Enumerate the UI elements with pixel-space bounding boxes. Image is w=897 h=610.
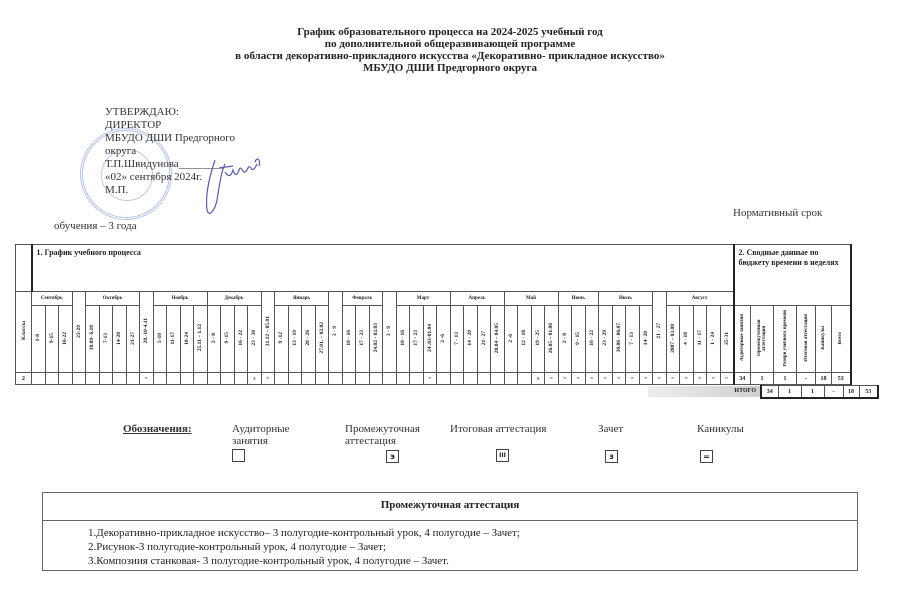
month-header: Ноябрь — [153, 292, 207, 306]
week-label: 30.09- 6.10 — [89, 325, 95, 350]
week-cell — [194, 373, 208, 385]
summary-header-label: Итоговая аттестация — [804, 314, 809, 362]
week-label: 30.06 - 06.07 — [616, 323, 622, 352]
week-header: 16 - 22 — [234, 306, 248, 373]
week-cell: = — [666, 373, 680, 385]
total-label: ИТОГО — [648, 386, 760, 397]
week-label: 25.11 – 1.12 — [197, 324, 203, 351]
week-label: 4 - 10 — [683, 332, 689, 345]
week-cell — [126, 373, 140, 385]
week-label: 19 - 25 — [535, 330, 541, 346]
week-cell: = — [599, 373, 613, 385]
week-cell — [491, 373, 505, 385]
normative-label: Нормативный срок — [733, 207, 822, 219]
week-label: 5-10 — [157, 333, 163, 343]
week-label: 24 .03-01.04 — [427, 324, 433, 352]
attestation-title: Промежуточная аттестация — [43, 493, 857, 521]
week-header: 21- 27 — [477, 306, 491, 373]
week-header: 1-8 — [32, 306, 46, 373]
summary-header-label: Аудиторные занятия — [740, 314, 745, 361]
summary-header: Каникулы — [816, 306, 832, 373]
week-label: 16-22 — [62, 332, 68, 345]
week-label: 7 - 13 — [629, 332, 635, 345]
week-label: 11-17 — [170, 332, 176, 345]
summary-cell: 53 — [832, 373, 851, 385]
week-cell — [410, 373, 424, 385]
week-cell: = — [720, 373, 734, 385]
week-label: 20 - 26 — [305, 330, 311, 346]
summary-header: Итоговая аттестация — [797, 306, 816, 373]
week-cell: = — [626, 373, 640, 385]
week-cell — [315, 373, 329, 385]
month-header: Декабрь — [207, 292, 261, 306]
total-row: 3411-1853 — [761, 386, 878, 399]
week-cell — [180, 373, 194, 385]
month-header: Июнь — [558, 292, 599, 306]
week-label: 18-24 — [184, 332, 190, 345]
classes-header-label: Классы — [21, 321, 27, 340]
week-cell — [221, 373, 235, 385]
week-label: 21- 27 — [481, 331, 487, 345]
week-header: 11 - 17 — [693, 306, 707, 373]
legend-label-auditory: Аудиторные занятия — [232, 423, 312, 447]
week-label: 16 - 22 — [238, 330, 244, 346]
week-cell: = — [140, 373, 154, 385]
week-cell — [356, 373, 370, 385]
week-cell — [59, 373, 73, 385]
week-cell — [396, 373, 410, 385]
week-header: 9-15 — [45, 306, 59, 373]
week-header: 3 - 9 — [383, 292, 397, 373]
approval-line: МБУДО ДШИ Предгорного — [105, 132, 235, 145]
week-cell: = — [545, 373, 559, 385]
week-label: 23 - 29 — [602, 330, 608, 346]
week-header: 9 -12 — [275, 306, 289, 373]
week-header: 11-17 — [167, 306, 181, 373]
week-header: 12 - 18 — [518, 306, 532, 373]
week-header: 20 - 26 — [302, 306, 316, 373]
week-cell — [234, 373, 248, 385]
week-header: 21-27 — [126, 306, 140, 373]
week-cell: = — [423, 373, 437, 385]
week-header: 28.-10-4.11 — [140, 292, 154, 373]
month-header: Январь — [275, 292, 329, 306]
week-cell — [113, 373, 127, 385]
week-cell: = — [693, 373, 707, 385]
week-cell — [302, 373, 316, 385]
week-cell: = — [612, 373, 626, 385]
week-header: 24 .03-01.04 — [423, 306, 437, 373]
blank-corner — [16, 245, 32, 292]
week-label: 9 -15 — [224, 332, 230, 343]
week-header: 7 - 13 — [626, 306, 640, 373]
total-cell: - — [824, 386, 843, 399]
week-header: 2 - 8 — [207, 306, 221, 373]
week-label: 2 - 8 — [562, 333, 568, 343]
week-header: 4 - 10 — [680, 306, 694, 373]
week-cell — [153, 373, 167, 385]
summary-header-label: Промежуточная аттестация — [757, 307, 767, 369]
section-2-title: 2. Сводные данные по бюджету времени в н… — [734, 245, 851, 306]
week-header: 13 - 19 — [288, 306, 302, 373]
week-label: 10 - 16 — [400, 330, 406, 346]
week-header: 23-29 — [72, 292, 86, 373]
week-cell — [450, 373, 464, 385]
duration-label: обучения – 3 года — [54, 220, 137, 232]
summary-cell: 34 — [734, 373, 751, 385]
week-label: 2 -6 — [508, 334, 514, 343]
week-label: 25-31 — [724, 332, 730, 345]
week-cell — [288, 373, 302, 385]
week-label: 14- 20 — [643, 331, 649, 345]
attestation-item: 3.Композиия станковая- 3 полугодие-контр… — [88, 554, 857, 568]
week-cell: = — [707, 373, 721, 385]
week-header: 25-31 — [720, 306, 734, 373]
week-header: 5-10 — [153, 306, 167, 373]
legend-symbol-final: III — [496, 449, 509, 462]
week-label: 7 - 13 — [454, 332, 460, 345]
legend-label-holidays: Каникулы — [697, 423, 777, 435]
week-header: 25.11 – 1.12 — [194, 306, 208, 373]
month-header: Октябрь — [86, 292, 140, 306]
total-cell: 18 — [843, 386, 859, 399]
week-header: 14 - 20 — [464, 306, 478, 373]
legend-label-intermediate: Промежуточная аттестация — [345, 423, 440, 447]
week-header: 17 - 23 — [410, 306, 424, 373]
table-row: 2=з==э==============3411-1853 — [16, 373, 851, 385]
week-label: 2 - 8 — [211, 333, 217, 343]
legend-symbol-holidays: = — [700, 450, 713, 463]
week-header: 9 -15 — [221, 306, 235, 373]
week-label: 26.05 – 01.06 — [548, 323, 554, 353]
legend-symbol-auditory — [232, 449, 245, 462]
week-label: 11 - 17 — [697, 330, 703, 345]
week-header: 1 - 24 — [707, 306, 721, 373]
week-header: 2 -6 — [504, 306, 518, 373]
week-label: 17 - 23 — [359, 330, 365, 346]
legend-label-final: Итоговая аттестация — [450, 423, 570, 435]
week-label: 23 - 30 — [251, 330, 257, 346]
week-header: 14-20 — [113, 306, 127, 373]
document-title: График образовательного процесса на 2024… — [150, 26, 750, 74]
legend-title: Обозначения: — [123, 423, 192, 435]
week-label: 2807 – 03.08 — [670, 324, 676, 353]
week-cell — [99, 373, 113, 385]
week-header: 21 - 27 — [653, 292, 667, 373]
summary-header-label: Всего — [838, 332, 843, 344]
title-line-1: График образовательного процесса на 2024… — [150, 26, 750, 38]
week-header: 9 - 15 — [572, 306, 586, 373]
legend-symbol-intermediate: э — [386, 450, 399, 463]
week-cell: = — [585, 373, 599, 385]
month-header: Август — [666, 292, 734, 306]
week-label: 17 - 23 — [413, 330, 419, 346]
summary-header: Аудиторные занятия — [734, 306, 751, 373]
week-header: 2 - 8 — [558, 306, 572, 373]
signature-icon — [185, 150, 275, 220]
class-number: 2 — [16, 373, 32, 385]
attestation-item: 1.Декоративно-прикладное искусство– 3 по… — [88, 526, 857, 540]
week-cell: = — [653, 373, 667, 385]
classes-header: Классы — [16, 292, 32, 373]
week-header: 7-13 — [99, 306, 113, 373]
week-cell — [86, 373, 100, 385]
week-header: 16 - 22 — [585, 306, 599, 373]
month-header: Апрель — [450, 292, 504, 306]
month-header: Сентябрь — [32, 292, 73, 306]
week-label: 10 - 16 — [346, 330, 352, 346]
summary-cell: - — [797, 373, 816, 385]
week-cell — [329, 373, 343, 385]
week-cell: = — [558, 373, 572, 385]
week-cell: = — [261, 373, 275, 385]
week-header: 2807 – 03.08 — [666, 306, 680, 373]
total-cell: 1 — [801, 386, 824, 399]
week-label: 24.02 - 02.03 — [373, 323, 379, 352]
week-cell: = — [572, 373, 586, 385]
month-header: Март — [396, 292, 450, 306]
approval-line: ДИРЕКТОР — [105, 119, 235, 132]
total-cell: 34 — [761, 386, 778, 399]
week-label: 3 - 9 — [386, 326, 392, 336]
week-label: 1 - 24 — [710, 332, 716, 345]
month-header: Май — [504, 292, 558, 306]
week-cell: = — [680, 373, 694, 385]
week-header: 10 - 16 — [342, 306, 356, 373]
week-header: 14- 20 — [639, 306, 653, 373]
week-cell: э — [531, 373, 545, 385]
week-cell — [504, 373, 518, 385]
week-header: 10 - 16 — [396, 306, 410, 373]
week-header: 3 - 9 — [329, 292, 343, 373]
week-label: 21-27 — [130, 332, 136, 345]
week-header: 30.09- 6.10 — [86, 306, 100, 373]
week-header: 30.06 - 06.07 — [612, 306, 626, 373]
month-header: Февраль — [342, 292, 383, 306]
summary-cell: 1 — [774, 373, 797, 385]
month-header: Июль — [599, 292, 653, 306]
week-header: 24.02 - 02.03 — [369, 306, 383, 373]
week-header: 23 - 30 — [248, 306, 262, 373]
summary-header: Всего — [832, 306, 851, 373]
week-label: 2 -6 — [440, 334, 446, 343]
title-line-3: в области декоративно-прикладного искусс… — [150, 50, 750, 62]
week-cell — [518, 373, 532, 385]
week-cell — [477, 373, 491, 385]
summary-header: Промежуточная аттестация — [751, 306, 774, 373]
week-label: 3 - 9 — [332, 326, 338, 336]
week-label: 28.-10-4.11 — [143, 318, 149, 343]
week-header: 19 - 25 — [531, 306, 545, 373]
week-label: 14 - 20 — [467, 330, 473, 346]
summary-header-label: Резерв учебного времени — [783, 310, 788, 367]
total-cell: 53 — [859, 386, 878, 399]
week-label: 7-13 — [103, 333, 109, 343]
week-label: 21 - 27 — [656, 323, 662, 339]
week-label: 16 - 22 — [589, 330, 595, 346]
week-label: 23-29 — [76, 325, 82, 338]
approval-line: УТВЕРЖДАЮ: — [105, 106, 235, 119]
week-cell — [275, 373, 289, 385]
legend-symbol-credit: з — [605, 450, 618, 463]
week-header: 18-24 — [180, 306, 194, 373]
week-header: 31.12 – 05.01 — [261, 292, 275, 373]
summary-cell: 18 — [816, 373, 832, 385]
week-header: 27.01. – 02.02 — [315, 306, 329, 373]
week-cell: з — [248, 373, 262, 385]
week-label: 28.04 – 04.05 — [494, 323, 500, 353]
week-cell — [167, 373, 181, 385]
week-cell — [369, 373, 383, 385]
week-cell — [72, 373, 86, 385]
week-label: 13 - 19 — [292, 330, 298, 346]
week-header: 23 - 29 — [599, 306, 613, 373]
week-cell — [464, 373, 478, 385]
title-line-4: МБУДО ДШИ Предгорного округа — [150, 62, 750, 74]
week-cell: = — [639, 373, 653, 385]
section-1-title: 1. График учебного процесса — [32, 245, 734, 292]
week-header: 7 - 13 — [450, 306, 464, 373]
week-header: 2 -6 — [437, 306, 451, 373]
week-cell — [383, 373, 397, 385]
summary-header-label: Каникулы — [821, 326, 826, 350]
week-cell — [437, 373, 451, 385]
summary-cell: 1 — [751, 373, 774, 385]
week-cell — [45, 373, 59, 385]
summary-header: Резерв учебного времени — [774, 306, 797, 373]
attestation-item: 2.Рисунок-3 полугодие-контрольный урок, … — [88, 540, 857, 554]
week-label: 9-15 — [49, 333, 55, 343]
total-cell: 1 — [778, 386, 801, 399]
total-summary-table: 3411-1853 — [760, 385, 879, 399]
week-header: 17 - 23 — [356, 306, 370, 373]
week-label: 31.12 – 05.01 — [265, 316, 271, 346]
week-label: 9 - 15 — [575, 332, 581, 345]
schedule-table: 1. График учебного процесса2. Сводные да… — [15, 244, 852, 385]
week-cell — [32, 373, 46, 385]
intermediate-attestation-box: Промежуточная аттестация 1.Декоративно-п… — [42, 492, 858, 571]
week-cell — [207, 373, 221, 385]
week-label: 1-8 — [35, 334, 41, 341]
week-cell — [342, 373, 356, 385]
legend-label-credit: Зачет — [598, 423, 658, 435]
week-label: 12 - 18 — [521, 330, 527, 346]
week-header: 16-22 — [59, 306, 73, 373]
week-label: 14-20 — [116, 332, 122, 345]
week-header: 26.05 – 01.06 — [545, 306, 559, 373]
title-line-2: по дополнительной общеразвивающей програ… — [150, 38, 750, 50]
week-label: 9 -12 — [278, 332, 284, 343]
week-header: 28.04 – 04.05 — [491, 306, 505, 373]
week-label: 27.01. – 02.02 — [319, 322, 325, 354]
